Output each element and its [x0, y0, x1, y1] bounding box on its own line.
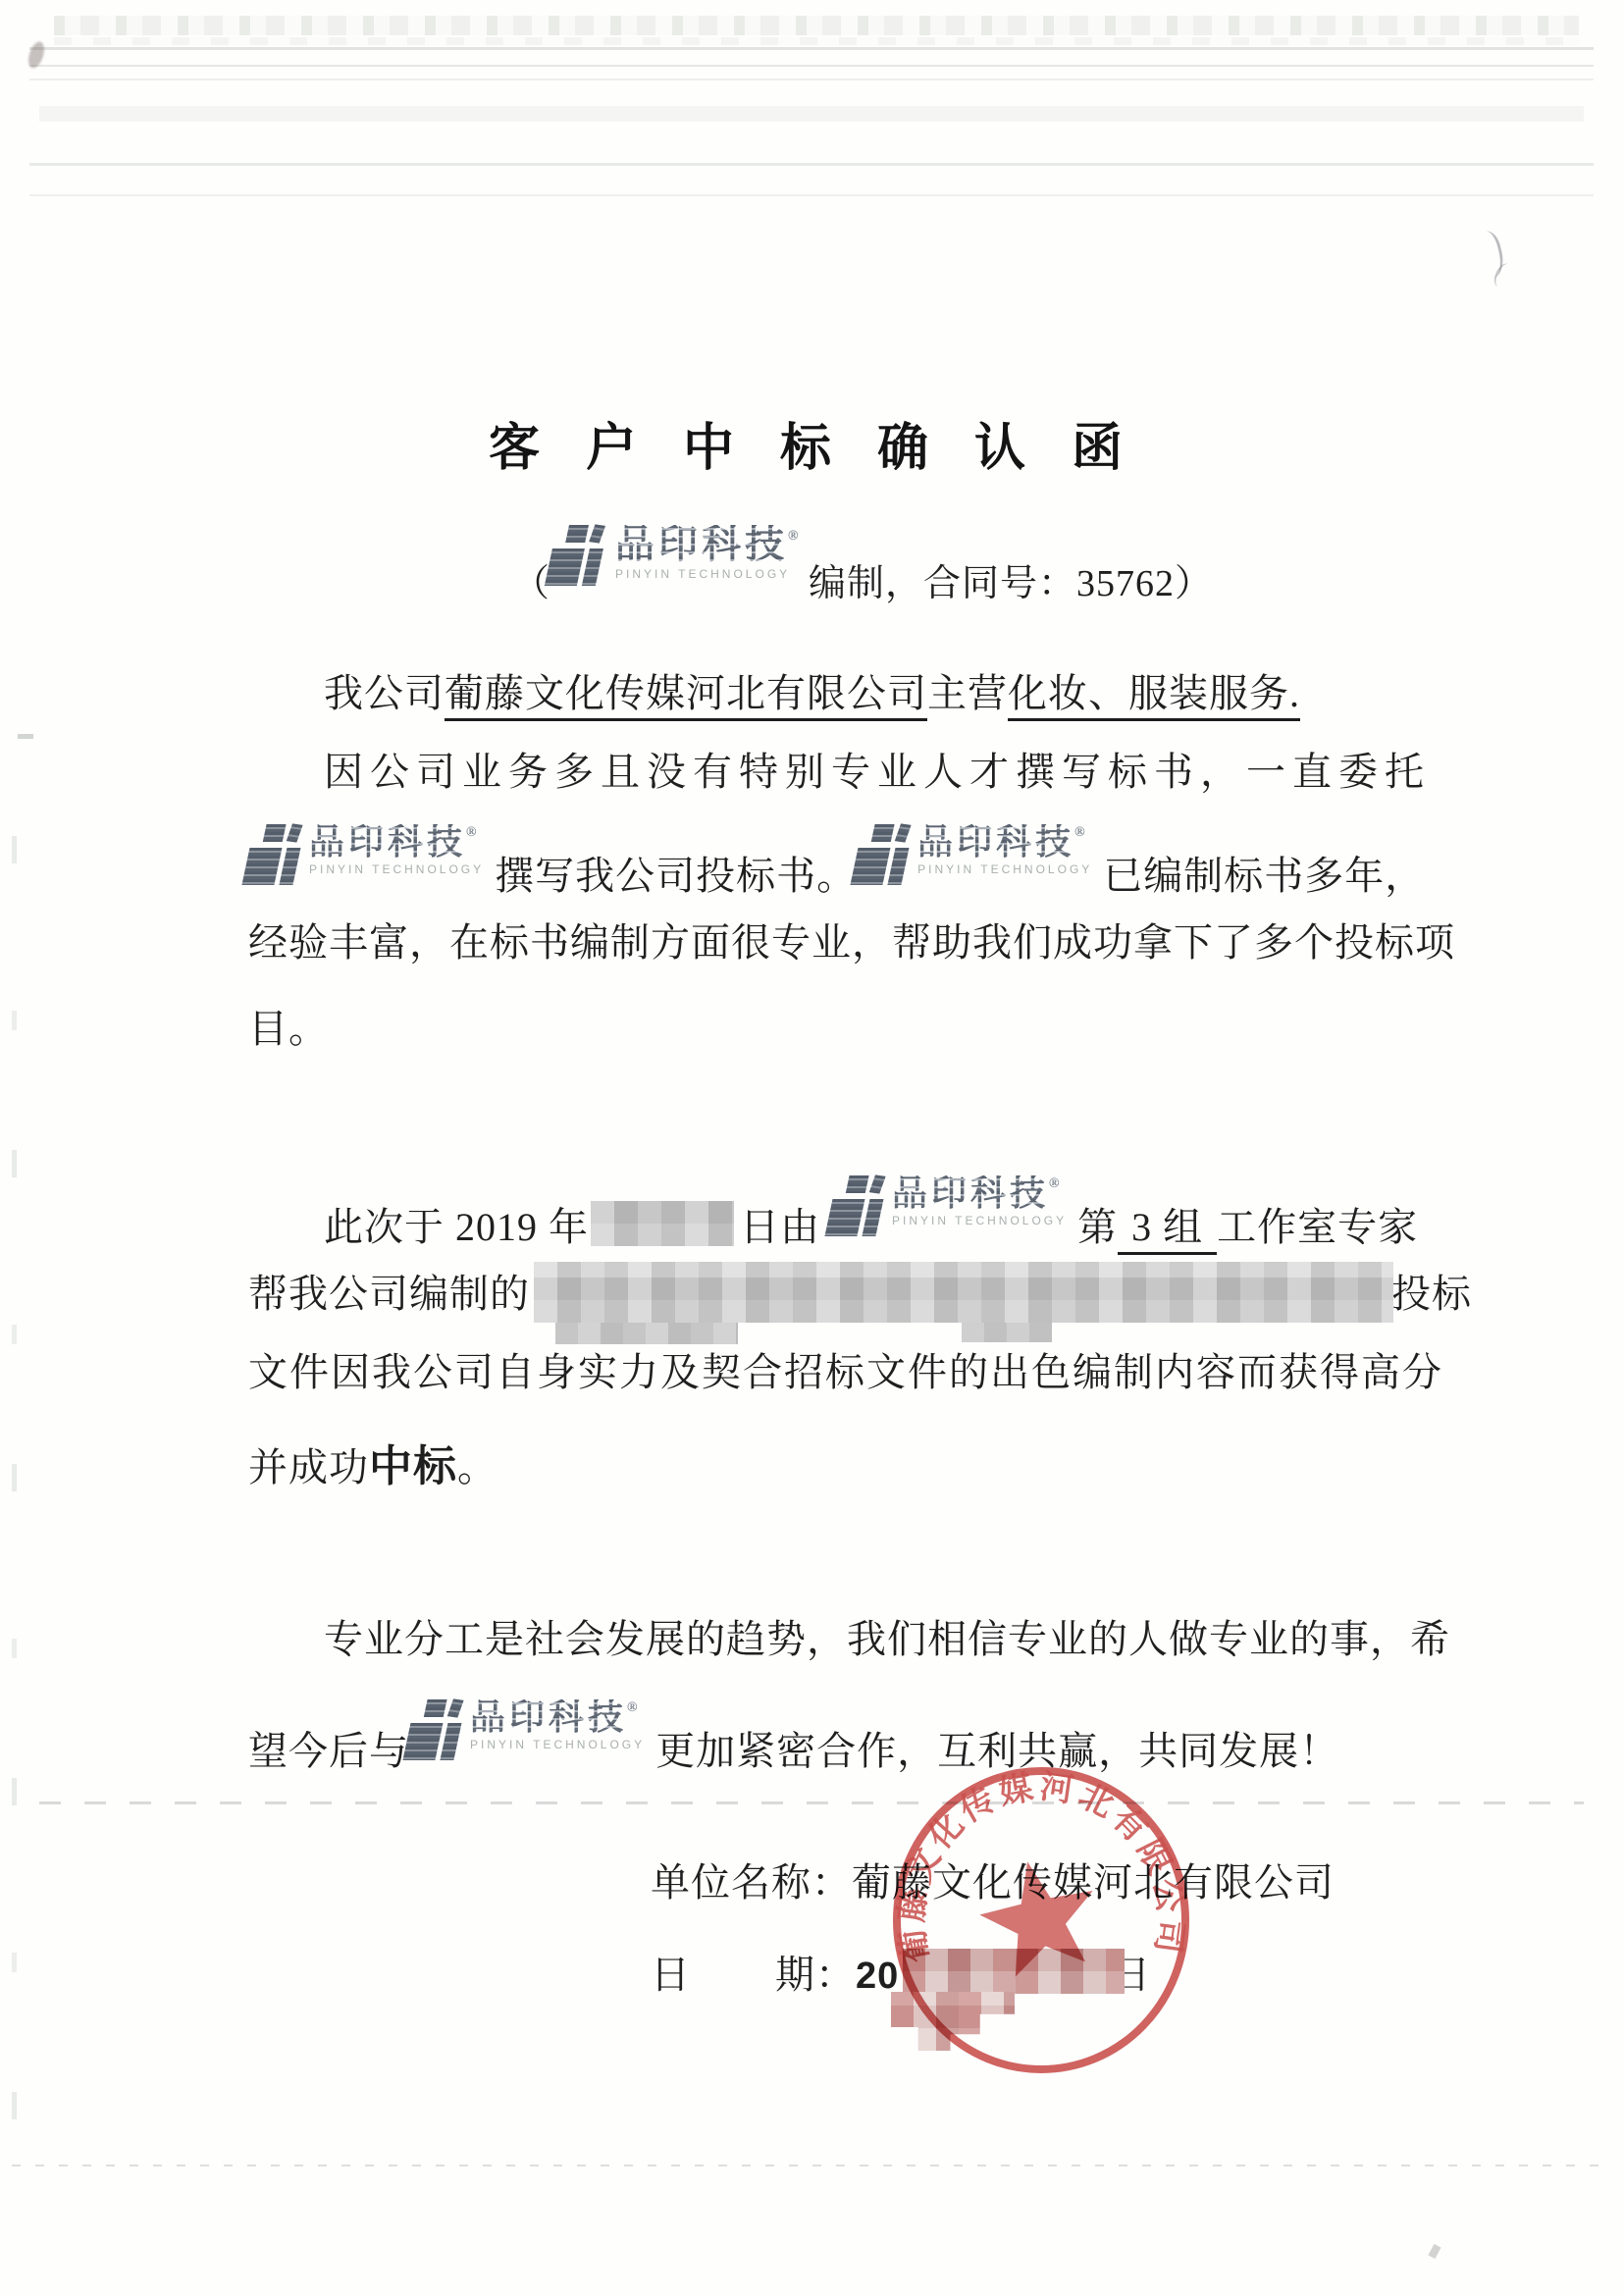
- scan-streak-line: [29, 163, 1594, 166]
- scan-streak-line: [29, 47, 1594, 50]
- win-bid-bold: 中标: [369, 1442, 457, 1490]
- pinyin-logo-text: 品印科技®PINYIN TECHNOLOGY: [615, 525, 798, 580]
- group-number-underlined: 3 组: [1118, 1205, 1217, 1255]
- p2-l2a: 撰写我公司投标书。: [495, 854, 857, 898]
- p1-mid: 主营: [927, 671, 1008, 715]
- pinyin-logo: 品印科技®PINYIN TECHNOLOGY: [831, 1175, 1067, 1236]
- pinyin-logo-name: 品印科技®: [892, 1175, 1067, 1211]
- pinyin-logo-text: 品印科技®PINYIN TECHNOLOGY: [309, 824, 484, 875]
- date-label-ri: 日: [651, 1953, 691, 1997]
- p3-l1a: 此次于 2019 年: [324, 1205, 589, 1249]
- pinyin-logo-text: 品印科技®PINYIN TECHNOLOGY: [892, 1175, 1067, 1226]
- p1-pre: 我公司: [324, 671, 445, 715]
- pinyin-logo: 品印科技®PINYIN TECHNOLOGY: [550, 525, 798, 590]
- scan-dashed-line: [39, 1801, 1584, 1804]
- pinyin-logo-name: 品印科技®: [470, 1699, 645, 1735]
- paragraph-2-line-3: 经验丰富，在标书编制方面很专业，帮助我们成功拿下了多个投标项: [248, 920, 1455, 965]
- pinyin-logo: 品印科技®PINYIN TECHNOLOGY: [409, 1699, 645, 1760]
- paragraph-4-line-1: 专业分工是社会发展的趋势，我们相信专业的人做专业的事，希: [324, 1617, 1450, 1662]
- p3-l1d: 工作室专家: [1217, 1205, 1418, 1249]
- p3-l2b: 投标: [1391, 1272, 1472, 1316]
- paragraph-2-line-2: 品印科技®PINYIN TECHNOLOGY 撰写我公司投标书。品印科技®PIN…: [248, 840, 1425, 901]
- pinyin-logo-icon: [851, 824, 915, 885]
- scanned-letter-page: 客 户 中 标 确 认 函 （品印科技®PINYIN TECHNOLOGY 编制…: [0, 0, 1623, 2296]
- pinyin-logo-name: 品印科技®: [309, 824, 484, 860]
- paragraph-3-line-1: 此次于 2019 年日由 品印科技®PINYIN TECHNOLOGY 第3 组…: [324, 1191, 1418, 1252]
- registered-mark: ®: [1074, 825, 1084, 840]
- pinyin-logo-icon: [544, 525, 612, 590]
- p3-l4a: 并成功: [248, 1445, 369, 1489]
- registered-mark: ®: [466, 825, 476, 840]
- paragraph-2-line-1: 因公司业务多且没有特别专业人才撰写标书，一直委托: [324, 750, 1431, 795]
- scan-dotted-line: [12, 2165, 1611, 2166]
- pinyin-logo: 品印科技®PINYIN TECHNOLOGY: [857, 824, 1092, 885]
- pinyin-logo-name: 品印科技®: [917, 824, 1092, 860]
- paragraph-1: 我公司葡藤文化传媒河北有限公司主营化妆、服装服务.: [324, 671, 1300, 716]
- date-label-qi: 期：: [775, 1953, 856, 1997]
- p3-l1b: 日由: [740, 1205, 820, 1249]
- seal-star-icon: [979, 1861, 1092, 1976]
- paragraph-3-line-2: 帮我公司编制的投标: [248, 1262, 1472, 1323]
- mosaic-overflow: [555, 1323, 738, 1344]
- pinyin-logo-caption: PINYIN TECHNOLOGY: [309, 863, 484, 875]
- redacted-date-pixelation: [591, 1201, 734, 1246]
- pinyin-logo-caption: PINYIN TECHNOLOGY: [917, 863, 1092, 875]
- scan-noise-band: [54, 37, 1579, 45]
- p3-l1c: 第: [1077, 1205, 1118, 1249]
- pinyin-logo-name: 品印科技®: [615, 525, 798, 564]
- scan-streak-line: [29, 194, 1594, 196]
- scan-noise-band: [39, 106, 1584, 122]
- redacted-project-pixelation: [534, 1262, 1393, 1323]
- scan-smudge: [1428, 2244, 1440, 2259]
- pinyin-logo-text: 品印科技®PINYIN TECHNOLOGY: [470, 1699, 645, 1750]
- pinyin-logo-caption: PINYIN TECHNOLOGY: [615, 568, 798, 580]
- pinyin-logo-icon: [241, 824, 305, 885]
- pencil-squiggle-mark: [1491, 261, 1515, 290]
- document-title: 客 户 中 标 确 认 函: [0, 420, 1623, 479]
- paragraph-3-line-3: 文件因我公司自身实力及契合招标文件的出色编制内容而获得高分: [248, 1350, 1443, 1395]
- company-name-underlined: 葡藤文化传媒河北有限公司: [445, 671, 927, 721]
- p2-l2b: 已编制标书多年，: [1103, 854, 1425, 898]
- p4-l2a: 望今后与: [248, 1729, 409, 1773]
- header-prepared-by-line: （品印科技®PINYIN TECHNOLOGY 编制，合同号：35762）: [512, 563, 1213, 629]
- registered-mark: ®: [788, 529, 798, 544]
- scan-smudge: [26, 40, 47, 71]
- scan-streak-line: [29, 65, 1594, 67]
- pinyin-logo-caption: PINYIN TECHNOLOGY: [892, 1215, 1067, 1226]
- company-label: 单位名称：: [651, 1860, 852, 1905]
- scan-noise-band: [54, 16, 1579, 35]
- registered-mark: ®: [1049, 1176, 1059, 1191]
- pinyin-logo-icon: [402, 1699, 466, 1760]
- pinyin-logo-caption: PINYIN TECHNOLOGY: [470, 1739, 645, 1750]
- mosaic-overflow: [962, 1323, 1052, 1342]
- paragraph-3-line-4: 并成功中标。: [248, 1442, 497, 1492]
- pencil-squiggle-mark: [1469, 229, 1508, 282]
- pinyin-logo-text: 品印科技®PINYIN TECHNOLOGY: [917, 824, 1092, 875]
- paragraph-2-line-4: 目。: [248, 1007, 329, 1052]
- p3-l4c: 。: [457, 1445, 497, 1489]
- company-seal-stamp: 葡藤文化传媒河北有限公司: [888, 1763, 1196, 2079]
- services-underlined: 化妆、服装服务.: [1008, 671, 1300, 721]
- registered-mark: ®: [627, 1700, 637, 1715]
- scan-edge-marks: [12, 746, 17, 2119]
- pinyin-logo: 品印科技®PINYIN TECHNOLOGY: [248, 824, 484, 885]
- pinyin-logo-icon: [824, 1175, 888, 1236]
- scan-streak-line: [29, 78, 1594, 80]
- p3-l2a: 帮我公司编制的: [248, 1272, 530, 1316]
- contract-number-text: 编制，合同号：35762）: [809, 563, 1213, 604]
- scan-smudge: [18, 734, 33, 739]
